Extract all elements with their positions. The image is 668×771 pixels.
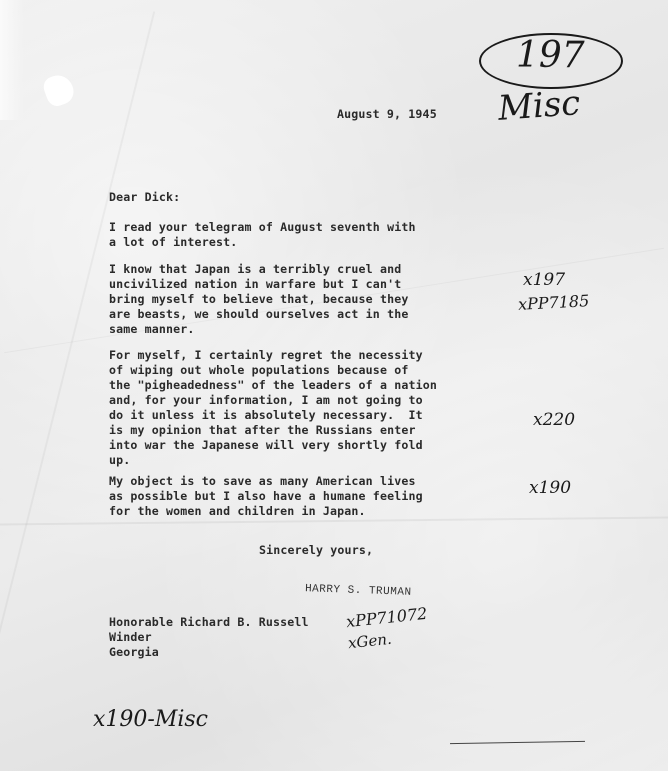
- margin-note-pp7185: xPP7185: [518, 291, 590, 314]
- margin-note-190: x190: [529, 478, 571, 498]
- paragraph-2: I know that Japan is a terribly cruel an…: [109, 262, 408, 337]
- recipient-city: Winder: [109, 630, 152, 645]
- margin-note-197: x197: [523, 270, 565, 290]
- letter-page: 197 Misc August 9, 1945 Dear Dick: I rea…: [0, 0, 668, 771]
- margin-note-220: x220: [533, 410, 575, 430]
- pen-stroke: [450, 741, 585, 744]
- paper-tear: [41, 71, 78, 109]
- recipient-state: Georgia: [109, 645, 159, 660]
- paragraph-3: For myself, I certainly regret the neces…: [109, 348, 437, 468]
- circled-number: 197: [516, 36, 585, 76]
- recipient-note-pp71072: xPP71072: [345, 604, 428, 631]
- bottom-note-misc: x190-Misc: [93, 707, 208, 732]
- paragraph-4: My object is to save as many American li…: [109, 474, 423, 519]
- misc-label: Misc: [497, 85, 581, 127]
- paper-edge-wear: [0, 0, 24, 120]
- recipient-note-gen: xGen.: [347, 630, 392, 652]
- signature-name: HARRY S. TRUMAN: [305, 583, 412, 599]
- closing: Sincerely yours,: [259, 543, 373, 558]
- salutation: Dear Dick:: [109, 190, 180, 205]
- letter-date: August 9, 1945: [337, 107, 437, 122]
- paragraph-1: I read your telegram of August seventh w…: [109, 220, 416, 250]
- recipient-name: Honorable Richard B. Russell: [109, 615, 309, 630]
